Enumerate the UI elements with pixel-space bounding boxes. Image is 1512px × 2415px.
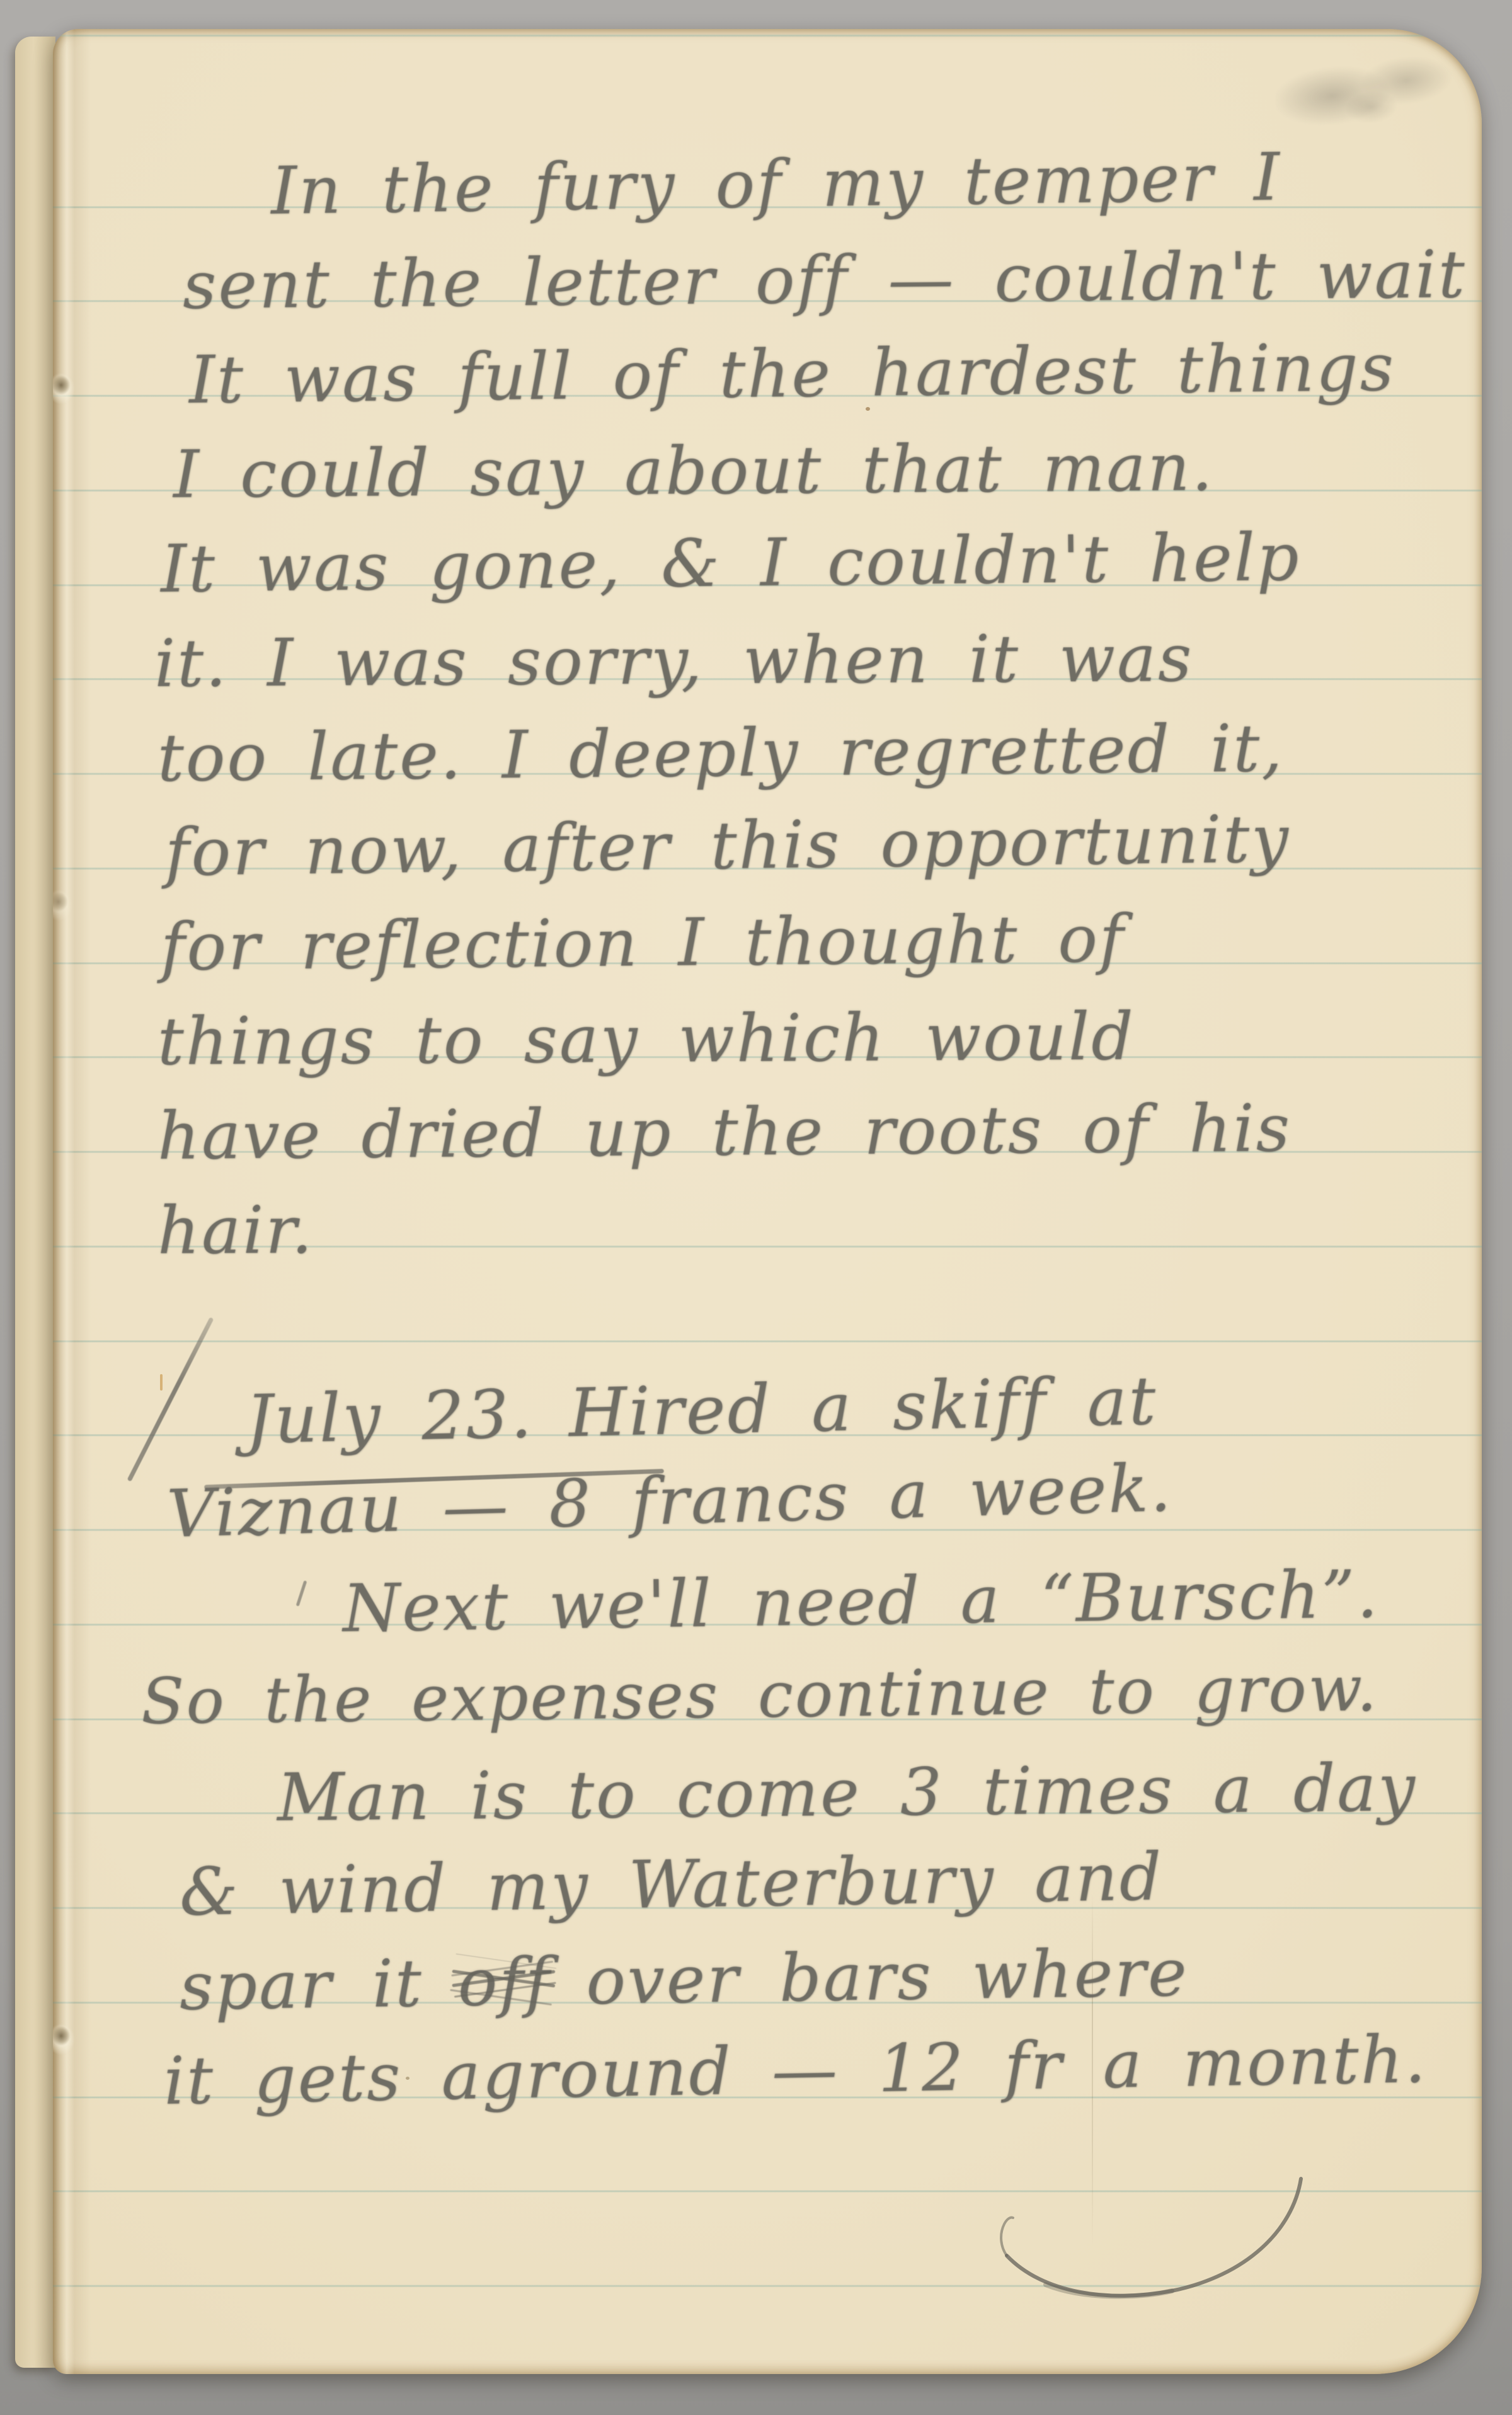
- handwritten-line: hair.: [157, 1197, 314, 1263]
- previous-page-edge: [15, 37, 55, 2368]
- handwritten-line: Next we'll need a “Bursch”.: [342, 1561, 1380, 1641]
- entry-date: July 23.: [245, 1375, 534, 1459]
- entry-text: Hired a skiff at: [568, 1362, 1158, 1452]
- handwritten-line: Man is to come 3 times a day: [277, 1755, 1417, 1830]
- struck-word-text: off: [457, 1943, 552, 2021]
- handwritten-line: too late. I deeply regretted it,: [157, 715, 1285, 791]
- handwritten-line: for now, after this opportunity: [164, 806, 1290, 885]
- handwritten-line: So the expenses continue to grow.: [140, 1657, 1378, 1733]
- handwritten-line: it. I was sorry, when it was: [154, 625, 1194, 696]
- paper-speck: [160, 1374, 163, 1391]
- stitch-hole: [53, 2020, 74, 2055]
- handwritten-line: have dried up the roots of his: [157, 1095, 1292, 1169]
- handwritten-line: July 23. Hired a skiff at: [245, 1368, 1158, 1454]
- flourish-swoosh-mark: [983, 2161, 1323, 2325]
- stitch-hole: [53, 369, 74, 404]
- handwritten-line: I could say about that man.: [173, 434, 1215, 507]
- handwritten-line: for reflection I thought of: [161, 906, 1126, 980]
- handwritten-line: it gets aground — 12 fr a month.: [163, 2026, 1428, 2114]
- notebook-page: In the fury of my temper I sent the lett…: [53, 29, 1482, 2374]
- handwritten-line: things to say which would: [157, 1004, 1135, 1074]
- stitch-hole: [53, 886, 72, 921]
- handwritten-line: sent the letter off — couldn't wait: [183, 241, 1467, 318]
- handwritten-line: spar it off over bars where: [179, 1940, 1189, 2019]
- line-text: spar it: [179, 1945, 423, 2025]
- handwritten-line: It was gone, & I couldn't help: [160, 524, 1300, 602]
- scanned-notebook-photo: In the fury of my temper I sent the lett…: [0, 0, 1512, 2415]
- handwritten-line: In the fury of my temper I: [270, 144, 1281, 224]
- struck-word: off: [457, 1949, 552, 2016]
- handwritten-line: & wind my Waterbury and: [179, 1844, 1164, 1925]
- handwritten-line: It was full of the hardest things: [188, 335, 1395, 413]
- line-text: over bars where: [585, 1934, 1189, 2019]
